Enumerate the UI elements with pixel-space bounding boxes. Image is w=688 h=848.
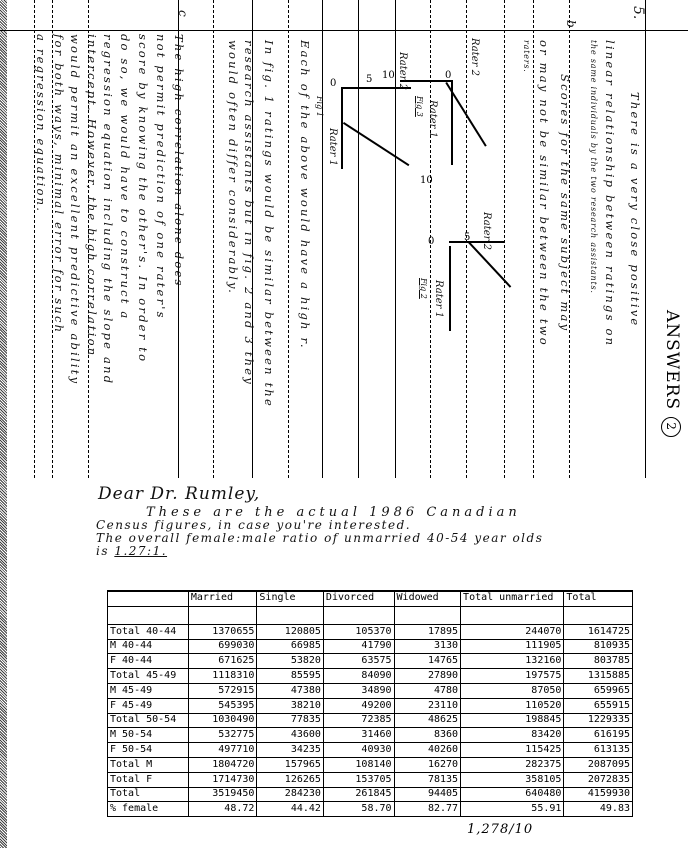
- fig3-origin: 0: [445, 70, 451, 81]
- letter-ratio: 1.27:1.: [114, 544, 167, 558]
- table-cell: 120805: [257, 624, 324, 639]
- column-header: [108, 591, 189, 606]
- part-a-line: the same individuals by the two research…: [589, 40, 598, 294]
- table-row: M 50-545327754360031460836083420616195: [108, 728, 633, 743]
- table-cell: 58.70: [323, 802, 394, 817]
- column-header: Single: [257, 591, 324, 606]
- row-label: Total M: [108, 757, 189, 772]
- table-cell: 699030: [188, 639, 257, 654]
- table-cell: 85595: [257, 669, 324, 684]
- letter-line: The overall female:male ratio of unmarri…: [96, 532, 596, 545]
- table-cell: 17895: [394, 624, 461, 639]
- row-label: M 50-54: [108, 728, 189, 743]
- table-cell: 545395: [188, 698, 257, 713]
- question-number: 5.: [630, 6, 646, 19]
- row-label: Total: [108, 787, 189, 802]
- table-cell: 82.77: [394, 802, 461, 817]
- fig1-y-label: Rater 2: [397, 52, 408, 90]
- fig1-y-axis: [341, 87, 343, 169]
- table-row: F 45-49545395382104920023110110520655915: [108, 698, 633, 713]
- table-cell: 49200: [323, 698, 394, 713]
- table-cell: 44.42: [257, 802, 324, 817]
- table-cell: 111905: [461, 639, 564, 654]
- fig2-y-mid: 5: [464, 232, 470, 243]
- table-cell: 1714730: [188, 772, 257, 787]
- table-cell: 655915: [564, 698, 633, 713]
- table-cell: 659965: [564, 683, 633, 698]
- row-label: Total F: [108, 772, 189, 787]
- answers-circle: 2: [661, 417, 681, 437]
- table-row: M 40-4469903066985417903130111905810935: [108, 639, 633, 654]
- table-cell: 198845: [461, 713, 564, 728]
- row-label: M 40-44: [108, 639, 189, 654]
- table-row: Total 50-5410304907783572385486251988451…: [108, 713, 633, 728]
- part-c-line: for both ways, minimal error for such: [52, 34, 66, 334]
- row-label: F 40-44: [108, 654, 189, 669]
- letter: Dear Dr. Rumley, These are the actual 19…: [96, 484, 596, 558]
- table-cell: 34890: [323, 683, 394, 698]
- column-header: Married: [188, 591, 257, 606]
- table-cell: 23110: [394, 698, 461, 713]
- table-cell: 197575: [461, 669, 564, 684]
- table-cell: 358105: [461, 772, 564, 787]
- row-label: Total 50-54: [108, 713, 189, 728]
- fig3-x-max: 10: [420, 175, 433, 186]
- table-cell: 115425: [461, 743, 564, 758]
- row-label: F 45-49: [108, 698, 189, 713]
- table-cell: 157965: [257, 757, 324, 772]
- table-cell: 66985: [257, 639, 324, 654]
- table-cell: 48625: [394, 713, 461, 728]
- fig3-x-label: Rater 1: [427, 100, 438, 138]
- handwritten-footnote: 1,278/10: [467, 822, 533, 837]
- ruled-line: [504, 0, 505, 478]
- ruled-line: [395, 0, 396, 478]
- part-c-line: The high correlation alone does: [172, 34, 186, 288]
- table-cell: 43600: [257, 728, 324, 743]
- table-row: F 50-54497710342354093040260115425613135: [108, 743, 633, 758]
- table-cell: 132160: [461, 654, 564, 669]
- table-cell: 3130: [394, 639, 461, 654]
- part-c-label: c: [176, 10, 190, 17]
- table-row: Total 45-4911183108559584090278901975751…: [108, 669, 633, 684]
- fig1-origin: 0: [330, 78, 336, 89]
- table-cell: 83420: [461, 728, 564, 743]
- part-c-line: intercept. However, the high correlation: [85, 34, 99, 357]
- fig3-label: Fig 3: [415, 96, 424, 117]
- table-cell: 671625: [188, 654, 257, 669]
- table-cell: 47380: [257, 683, 324, 698]
- part-c-intro-line: In fig. 1 ratings would be similar betwe…: [262, 40, 276, 408]
- part-c-line: a regression equation.: [34, 34, 48, 213]
- letter-ratio-line: is 1.27:1.: [96, 545, 596, 558]
- table-cell: 1030490: [188, 713, 257, 728]
- table-cell: 41790: [323, 639, 394, 654]
- table-cell: 4780: [394, 683, 461, 698]
- part-c-line: score by knowing the other's. In order t…: [136, 34, 150, 363]
- part-a-line: linear relationship between ratings on: [603, 40, 617, 347]
- table-cell: 14765: [394, 654, 461, 669]
- table-cell: 2087095: [564, 757, 633, 772]
- table-cell: 1370655: [188, 624, 257, 639]
- table-cell: 1229335: [564, 713, 633, 728]
- part-c-intro-line: would often differ considerably.: [226, 40, 240, 295]
- table-header-row: Married Single Divorced Widowed Total un…: [108, 591, 633, 606]
- table-cell: 1315885: [564, 669, 633, 684]
- table-cell: 63575: [323, 654, 394, 669]
- table-cell: 108140: [323, 757, 394, 772]
- table-cell: 16270: [394, 757, 461, 772]
- letter-salutation: Dear Dr. Rumley,: [98, 484, 596, 504]
- table-cell: 48.72: [188, 802, 257, 817]
- ruled-line: [213, 0, 214, 478]
- row-label: M 45-49: [108, 683, 189, 698]
- table-cell: 616195: [564, 728, 633, 743]
- part-b-label: b: [564, 20, 578, 28]
- notebook-page: 5. There is a very close positive linear…: [0, 0, 688, 478]
- table-cell: 3519450: [188, 787, 257, 802]
- table-row: F 40-44671625538206357514765132160803785: [108, 654, 633, 669]
- ruled-line: [288, 0, 289, 478]
- table-cell: 34235: [257, 743, 324, 758]
- ruled-line: [533, 0, 534, 478]
- table-cell: 78135: [394, 772, 461, 787]
- table-cell: 1118310: [188, 669, 257, 684]
- table-cell: 803785: [564, 654, 633, 669]
- fig3-y-label: Rater 2: [469, 38, 480, 76]
- table-cell: 1614725: [564, 624, 633, 639]
- table-cell: 640480: [461, 787, 564, 802]
- table-cell: 27890: [394, 669, 461, 684]
- part-b-line: Scores for the same subject may: [558, 74, 572, 332]
- part-c-line: would permit an excellent predictive abi…: [68, 34, 82, 385]
- table-cell: 40260: [394, 743, 461, 758]
- table-row: Total35194502842302618459440564048041599…: [108, 787, 633, 802]
- table-row: Total M180472015796510814016270282375208…: [108, 757, 633, 772]
- table-row: M 45-495729154738034890478087050659965: [108, 683, 633, 698]
- row-label: % female: [108, 802, 189, 817]
- part-b-line: raters.: [522, 40, 531, 73]
- table-cell: 49.83: [564, 802, 633, 817]
- table-cell: 282375: [461, 757, 564, 772]
- fig1-y-mid: 5: [366, 74, 372, 85]
- table-cell: 84090: [323, 669, 394, 684]
- part-c-line: regression equation including the slope …: [101, 34, 115, 385]
- table-cell: 31460: [323, 728, 394, 743]
- table-cell: 55.91: [461, 802, 564, 817]
- table-cell: 810935: [564, 639, 633, 654]
- fig2-y-label: Rater 2: [481, 212, 492, 250]
- fig2-label: Fig 2: [419, 278, 428, 299]
- table-cell: 77835: [257, 713, 324, 728]
- table-cell: 261845: [323, 787, 394, 802]
- table-cell: 72385: [323, 713, 394, 728]
- table-spacer-row: [108, 606, 633, 624]
- column-header: Divorced: [323, 591, 394, 606]
- answers-stamp: ANSWERS 2: [661, 310, 682, 437]
- part-b-line: or may not be similar between the two: [537, 40, 551, 347]
- table-cell: 153705: [323, 772, 394, 787]
- ruled-line: [645, 0, 646, 478]
- ruled-line: [358, 0, 359, 478]
- fig1-y-max: 10: [382, 70, 395, 81]
- table-cell: 4159930: [564, 787, 633, 802]
- part-c-intro-line: Each of the above would have a high r.: [298, 40, 312, 350]
- table-cell: 87050: [461, 683, 564, 698]
- table-row: % female48.7244.4258.7082.7755.9149.83: [108, 802, 633, 817]
- table-cell: 110520: [461, 698, 564, 713]
- row-label: F 50-54: [108, 743, 189, 758]
- part-c-line: do so, we would have to construct a: [118, 34, 132, 320]
- table-cell: 532775: [188, 728, 257, 743]
- column-header: Total: [564, 591, 633, 606]
- table-cell: 2072835: [564, 772, 633, 787]
- table-cell: 497710: [188, 743, 257, 758]
- table-row: Total 40-4413706551208051053701789524407…: [108, 624, 633, 639]
- table-row: Total F171473012626515370578135358105207…: [108, 772, 633, 787]
- table-cell: 38210: [257, 698, 324, 713]
- row-label: Total 40-44: [108, 624, 189, 639]
- part-c-line: not permit prediction of one rater's: [154, 34, 168, 320]
- answers-label: ANSWERS: [662, 310, 682, 410]
- table-cell: 572915: [188, 683, 257, 698]
- part-c-intro-line: research assistants but in fig. 2 and 3 …: [242, 40, 256, 386]
- fig2-x-axis: [449, 241, 504, 243]
- table-cell: 613135: [564, 743, 633, 758]
- table-cell: 8360: [394, 728, 461, 743]
- table-cell: 126265: [257, 772, 324, 787]
- table-cell: 53820: [257, 654, 324, 669]
- census-table: Married Single Divorced Widowed Total un…: [107, 590, 633, 817]
- fig1-x-label: Rater 1: [327, 128, 338, 166]
- fig2-x-label: Rater 1: [433, 280, 444, 318]
- row-label: Total 45-49: [108, 669, 189, 684]
- ruled-line: [322, 0, 323, 478]
- letter-ratio-prefix: is: [96, 544, 109, 558]
- table-cell: 40930: [323, 743, 394, 758]
- fig2-origin: 0: [428, 236, 434, 247]
- table-cell: 105370: [323, 624, 394, 639]
- column-header: Widowed: [394, 591, 461, 606]
- header-rule: [0, 30, 688, 31]
- part-a-line: There is a very close positive: [628, 92, 642, 327]
- table-cell: 94405: [394, 787, 461, 802]
- table-cell: 244070: [461, 624, 564, 639]
- table-cell: 1804720: [188, 757, 257, 772]
- column-header: Total unmarried: [461, 591, 564, 606]
- fig1-label: Fig 1: [315, 96, 324, 117]
- fig2-y-axis: [449, 246, 451, 331]
- table-cell: 284230: [257, 787, 324, 802]
- fig1-regression-line: [343, 122, 409, 166]
